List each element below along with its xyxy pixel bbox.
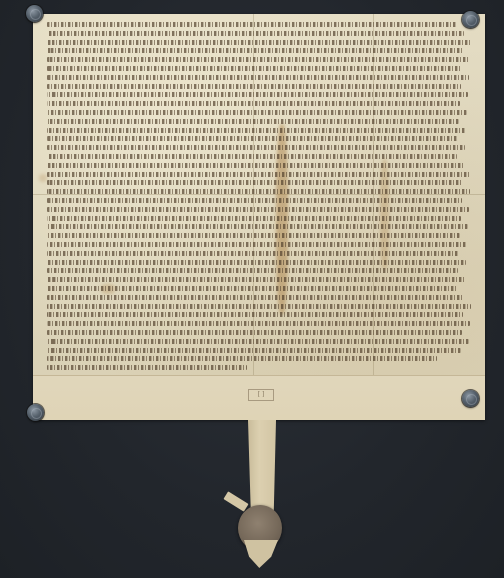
manuscript-line xyxy=(47,128,466,133)
manuscript-line xyxy=(47,286,457,291)
manuscript-line xyxy=(47,348,461,353)
manuscript-line xyxy=(47,251,459,256)
manuscript-line xyxy=(47,136,458,141)
manuscript-line xyxy=(47,277,465,282)
manuscript-line xyxy=(47,321,470,326)
manuscript-line xyxy=(47,216,461,221)
manuscript-line xyxy=(47,304,471,309)
manuscript-line xyxy=(47,198,462,203)
parchment-charter: [ ] xyxy=(33,14,485,420)
manuscript-line xyxy=(47,57,470,62)
manuscript-line xyxy=(47,110,467,115)
manuscript-line xyxy=(47,31,464,36)
mounting-pin-bottom-right xyxy=(462,390,479,407)
manuscript-line xyxy=(47,92,468,97)
manuscript-line xyxy=(47,330,462,335)
manuscript-line xyxy=(47,40,471,45)
plica-fold: [ ] xyxy=(33,375,485,420)
mounting-pin-bottom-left xyxy=(27,404,44,421)
manuscript-line xyxy=(47,101,460,106)
manuscript-text-block xyxy=(47,22,473,384)
manuscript-line xyxy=(47,365,247,370)
manuscript-line xyxy=(47,207,469,212)
manuscript-line xyxy=(47,163,464,168)
manuscript-line xyxy=(47,119,459,124)
mounting-pin-top-right xyxy=(462,11,479,28)
manuscript-line xyxy=(47,224,468,229)
manuscript-line xyxy=(47,233,460,238)
manuscript-line xyxy=(47,260,466,265)
mounting-pin-top-left xyxy=(26,5,43,22)
manuscript-line xyxy=(47,22,457,27)
manuscript-line xyxy=(47,295,464,300)
water-stain xyxy=(39,174,47,182)
manuscript-line xyxy=(47,268,458,273)
manuscript-line xyxy=(47,356,437,361)
manuscript-line xyxy=(47,48,463,53)
archive-stamp: [ ] xyxy=(248,389,274,401)
manuscript-line xyxy=(47,75,469,80)
manuscript-line xyxy=(47,84,461,89)
manuscript-line xyxy=(47,180,463,185)
manuscript-line xyxy=(47,312,463,317)
manuscript-line xyxy=(47,339,469,344)
seal-strap xyxy=(248,420,276,512)
manuscript-line xyxy=(47,154,457,159)
manuscript-line xyxy=(47,189,470,194)
manuscript-line xyxy=(47,242,467,247)
manuscript-line xyxy=(47,145,465,150)
manuscript-line xyxy=(47,66,462,71)
manuscript-line xyxy=(47,172,471,177)
